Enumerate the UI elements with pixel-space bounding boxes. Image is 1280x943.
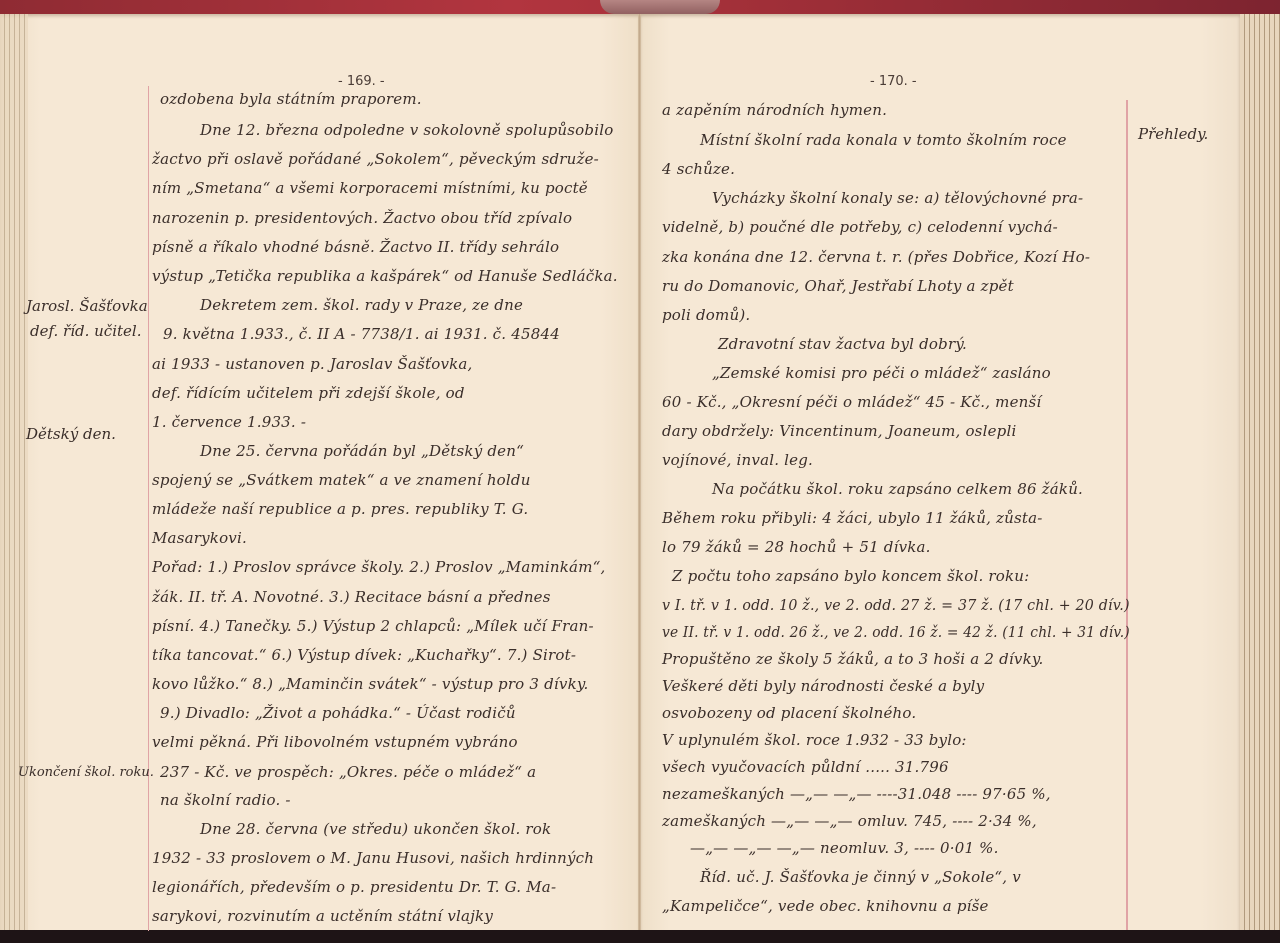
handwritten-line: Zdravotní stav žactva byl dobrý. [718, 335, 967, 353]
handwritten-line: v I. tř. v 1. odd. 10 ž., ve 2. odd. 27 … [662, 596, 1130, 614]
handwritten-line: sarykovi, rozvinutím a uctěním státní vl… [152, 907, 493, 925]
handwritten-line: „Kampeličce“, vede obec. knihovnu a píše [662, 897, 989, 915]
handwritten-line: mládeže naší republice a p. pres. republ… [152, 500, 528, 518]
handwritten-line: písně a říkalo vhodné básně. Žactvo II. … [152, 238, 559, 256]
handwritten-line: zameškaných —„— —„— omluv. 745, ---- 2·3… [662, 812, 1037, 830]
handwritten-line: Dne 25. června pořádán byl „Dětský den“ [200, 442, 524, 460]
handwritten-line: výstup „Tetička republika a kašpárek“ od… [152, 267, 618, 285]
handwritten-line: tíka tancovat.“ 6.) Výstup dívek: „Kucha… [152, 646, 576, 664]
handwritten-line: Propuštěno ze školy 5 žáků, a to 3 hoši … [662, 650, 1044, 668]
left-page-edges [0, 14, 28, 932]
handwritten-line: Říd. uč. J. Šašťovka je činný v „Sokole“… [700, 868, 1021, 886]
handwritten-line: všech vyučovacích půldní ..... 31.796 [662, 758, 949, 776]
handwritten-line: Pořad: 1.) Proslov správce školy. 2.) Pr… [152, 558, 605, 576]
handwritten-line: vojínové, inval. leg. [662, 451, 813, 469]
handwritten-line: Masarykovi. [152, 529, 247, 547]
handwritten-line: ve II. tř. v 1. odd. 26 ž., ve 2. odd. 1… [662, 623, 1130, 641]
margin-note-overviews: Přehledy. [1138, 125, 1208, 143]
book-gutter [638, 14, 641, 932]
handwritten-line: Na počátku škol. roku zapsáno celkem 86 … [712, 480, 1083, 498]
handwritten-line: legionářích, především o p. presidentu D… [152, 878, 556, 896]
handwritten-line: kovo lůžko.“ 8.) „Maminčin svátek“ - výs… [152, 675, 589, 693]
handwritten-line: poli domů). [662, 306, 750, 324]
book-cover-bottom [0, 930, 1280, 943]
handwritten-line: 1932 - 33 proslovem o M. Janu Husovi, na… [152, 849, 594, 867]
handwritten-line: žactvo při oslavě pořádané „Sokolem“, pě… [152, 150, 599, 168]
handwritten-line: —„— —„— —„— neomluv. 3, ---- 0·01 %. [690, 839, 999, 857]
handwritten-line: V uplynulém škol. roce 1.932 - 33 bylo: [662, 731, 967, 749]
handwritten-line: a zapěním národních hymen. [662, 101, 887, 119]
handwritten-line: Dekretem zem. škol. rady v Praze, ze dne [200, 296, 523, 314]
handwritten-line: spojený se „Svátkem matek“ a ve znamení … [152, 471, 531, 489]
handwritten-line: videlně, b) poučné dle potřeby, c) celod… [662, 218, 1058, 236]
margin-note-teacher-name: Jarosl. Šašťovka [26, 297, 148, 315]
handwritten-line: nezameškaných —„— —„— ----31.048 ---- 97… [662, 785, 1051, 803]
handwritten-line: ním „Smetana“ a všemi korporacemi místní… [152, 179, 588, 197]
handwritten-line: Během roku přibyli: 4 žáci, ubylo 11 žák… [662, 509, 1043, 527]
handwritten-line: ozdobena byla státním praporem. [160, 90, 422, 108]
right-margin-rule [1126, 100, 1128, 930]
right-page-number: - 170. - [870, 74, 917, 89]
handwritten-line: lo 79 žáků = 28 hochů + 51 dívka. [662, 538, 931, 556]
handwritten-line: ai 1933 - ustanoven p. Jaroslav Šašťovka… [152, 355, 473, 373]
handwritten-line: dary obdržely: Vincentinum, Joaneum, osl… [662, 422, 1016, 440]
handwritten-line: „Zemské komisi pro péči o mládež“ zaslán… [712, 364, 1051, 382]
handwritten-line: Dne 12. března odpoledne v sokolovně spo… [200, 121, 613, 139]
handwritten-line: def. řídícím učitelem při zdejší škole, … [152, 384, 465, 402]
handwritten-line: zka konána dne 12. června t. r. (přes Do… [662, 248, 1090, 266]
margin-note-childrens-day: Dětský den. [26, 425, 116, 443]
right-page-edges [1240, 14, 1280, 932]
handwritten-line: Z počtu toho zapsáno bylo koncem škol. r… [672, 567, 1029, 585]
handwritten-line: písní. 4.) Tanečky. 5.) Výstup 2 chlapců… [152, 617, 594, 635]
handwritten-line: Dne 28. června (ve středu) ukončen škol.… [200, 820, 551, 838]
left-page-number: - 169. - [338, 74, 385, 89]
handwritten-line: Místní školní rada konala v tomto školní… [700, 131, 1067, 149]
handwritten-line: velmi pěkná. Při libovolném vstupném vyb… [152, 733, 518, 751]
handwritten-line: Veškeré děti byly národnosti české a byl… [662, 677, 984, 695]
handwritten-line: ru do Domanovic, Ohař, Jestřabí Lhoty a … [662, 277, 1014, 295]
handwritten-line: 60 - Kč., „Okresní péči o mládež“ 45 - K… [662, 393, 1041, 411]
handwritten-line: Vycházky školní konaly se: a) tělovýchov… [712, 189, 1083, 207]
handwritten-line: žák. II. tř. A. Novotné. 3.) Recitace bá… [152, 588, 551, 606]
book-clasp [600, 0, 720, 14]
margin-note-teacher-title: def. říd. učitel. [30, 322, 141, 340]
handwritten-line: na školní radio. - [160, 791, 291, 809]
handwritten-line: osvobozeny od placení školného. [662, 704, 916, 722]
handwritten-line: 9.) Divadlo: „Život a pohádka.“ - Účast … [160, 704, 516, 722]
handwritten-line: 237 - Kč. ve prospěch: „Okres. péče o ml… [160, 763, 536, 781]
left-margin-rule [148, 86, 149, 931]
handwritten-line: narozenin p. presidentových. Žactvo obou… [152, 209, 572, 227]
handwritten-line: 4 schůze. [662, 160, 735, 178]
handwritten-line: 9. května 1.933., č. II A - 7738/1. ai 1… [163, 325, 560, 343]
handwritten-line: 1. července 1.933. - [152, 413, 306, 431]
margin-note-school-year-end: Ukončení škol. roku. [18, 765, 154, 780]
